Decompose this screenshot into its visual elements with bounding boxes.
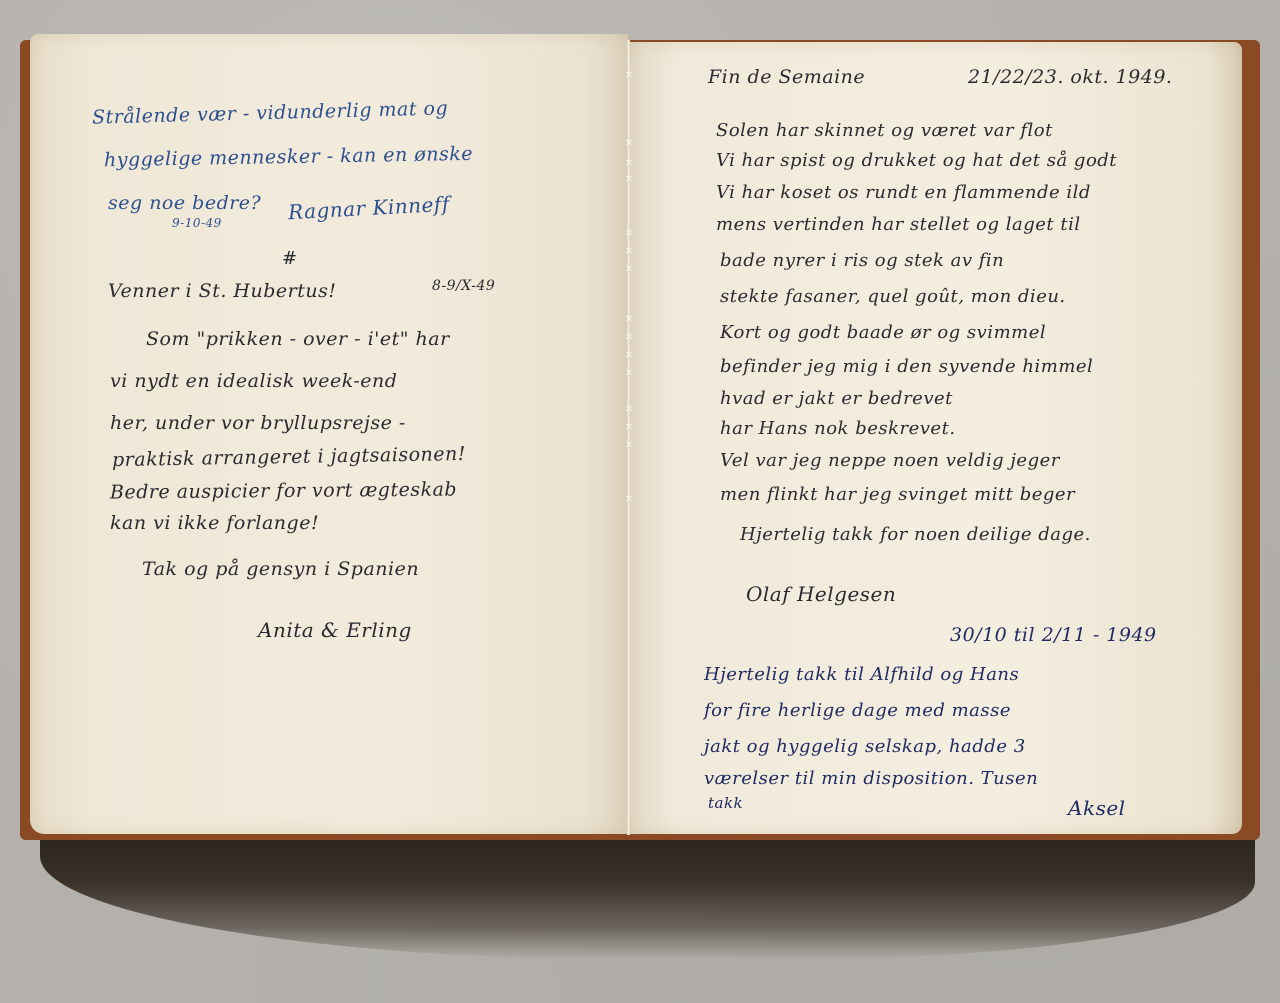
entry-3-line-5: bade nyrer i ris og stek av fin: [720, 250, 1004, 271]
entry-1-line-2: hyggelige mennesker - kan en ønske: [104, 143, 473, 171]
entry-3-line-11: Vel var jeg neppe noen veldig jeger: [720, 450, 1060, 471]
entry-4-line-2: for fire herlige dage med masse: [704, 700, 1011, 721]
entry-3-line-3: Vi har koset os rundt en flammende ild: [716, 182, 1091, 203]
right-page: Fin de Semaine 21/22/23. okt. 1949. Sole…: [628, 42, 1242, 834]
entry-2-line-3: her, under vor bryllupsrejse -: [110, 412, 406, 434]
entry-3-line-4: mens vertinden har stellet og laget til: [716, 214, 1081, 235]
entry-2-line-2: vi nydt en idealisk week-end: [110, 370, 397, 392]
binding-stitch: ✕: [622, 334, 636, 342]
entry-2-line-7: Tak og på gensyn i Spanien: [142, 558, 419, 580]
entry-3-heading: Fin de Semaine: [708, 66, 865, 88]
entry-4-line-5: takk: [708, 794, 743, 812]
binding-stitch: ✕: [622, 230, 636, 238]
entry-2-line-6: kan vi ikke forlange!: [110, 512, 319, 534]
separator-mark: #: [282, 248, 298, 269]
entry-2-heading: Venner i St. Hubertus!: [108, 280, 336, 302]
entry-1-signature: Ragnar Kinneff: [287, 192, 450, 224]
entry-3-line-8: befinder jeg mig i den syvende himmel: [720, 356, 1093, 377]
binding-stitch: ✕: [622, 496, 636, 504]
entry-3-line-13: Hjertelig takk for noen deilige dage.: [740, 524, 1091, 545]
entry-1-line-3: seg noe bedre?: [108, 192, 261, 214]
binding-stitch: ✕: [622, 140, 636, 148]
entry-2-signature: Anita & Erling: [258, 618, 412, 642]
binding-stitch: ✕: [622, 406, 636, 414]
binding-stitch: ✕: [622, 442, 636, 450]
entry-3-line-12: men flinkt har jeg svinget mitt beger: [720, 484, 1075, 505]
entry-2-date: 8-9/X-49: [432, 278, 495, 294]
binding-stitch: ✕: [622, 248, 636, 256]
binding-stitch: ✕: [622, 160, 636, 168]
binding-stitch: ✕: [622, 176, 636, 184]
binding-stitch: ✕: [622, 352, 636, 360]
binding-stitch: ✕: [622, 370, 636, 378]
entry-1-line-1: Strålende vær - vidunderlig mat og: [92, 97, 449, 128]
entry-1-date: 9-10-49: [172, 216, 222, 230]
entry-4-line-1: Hjertelig takk til Alfhild og Hans: [704, 664, 1019, 685]
entry-4-signature: Aksel: [1068, 796, 1126, 820]
binding-stitch: ✕: [622, 316, 636, 324]
entry-2-line-5: Bedre auspicier for vort ægteskab: [110, 478, 457, 503]
binding-stitch: ✕: [622, 72, 636, 80]
left-page: Strålende vær - vidunderlig mat og hygge…: [30, 34, 628, 834]
entry-4-date: 30/10 til 2/11 - 1949: [950, 624, 1157, 646]
entry-3-line-9: hvad er jakt er bedrevet: [720, 388, 953, 409]
binding-stitch: ✕: [622, 266, 636, 274]
entry-2-line-4: praktisk arrangeret i jagtsaisonen!: [112, 443, 466, 471]
entry-3-line-1: Solen har skinnet og været var flot: [716, 120, 1053, 141]
entry-2-line-1: Som "prikken - over - i'et" har: [146, 328, 450, 350]
entry-3-line-10: har Hans nok beskrevet.: [720, 418, 956, 439]
entry-3-line-2: Vi har spist og drukket og hat det så go…: [716, 150, 1117, 171]
entry-4-line-4: værelser til min disposition. Tusen: [704, 768, 1038, 789]
entry-3-line-7: Kort og godt baade ør og svimmel: [720, 322, 1046, 343]
entry-4-line-3: jakt og hyggelig selskap, hadde 3: [704, 736, 1026, 757]
entry-3-signature: Olaf Helgesen: [746, 582, 896, 606]
entry-3-date: 21/22/23. okt. 1949.: [968, 66, 1172, 88]
entry-3-line-6: stekte fasaner, quel goût, mon dieu.: [720, 286, 1066, 307]
binding-stitch: ✕: [622, 424, 636, 432]
